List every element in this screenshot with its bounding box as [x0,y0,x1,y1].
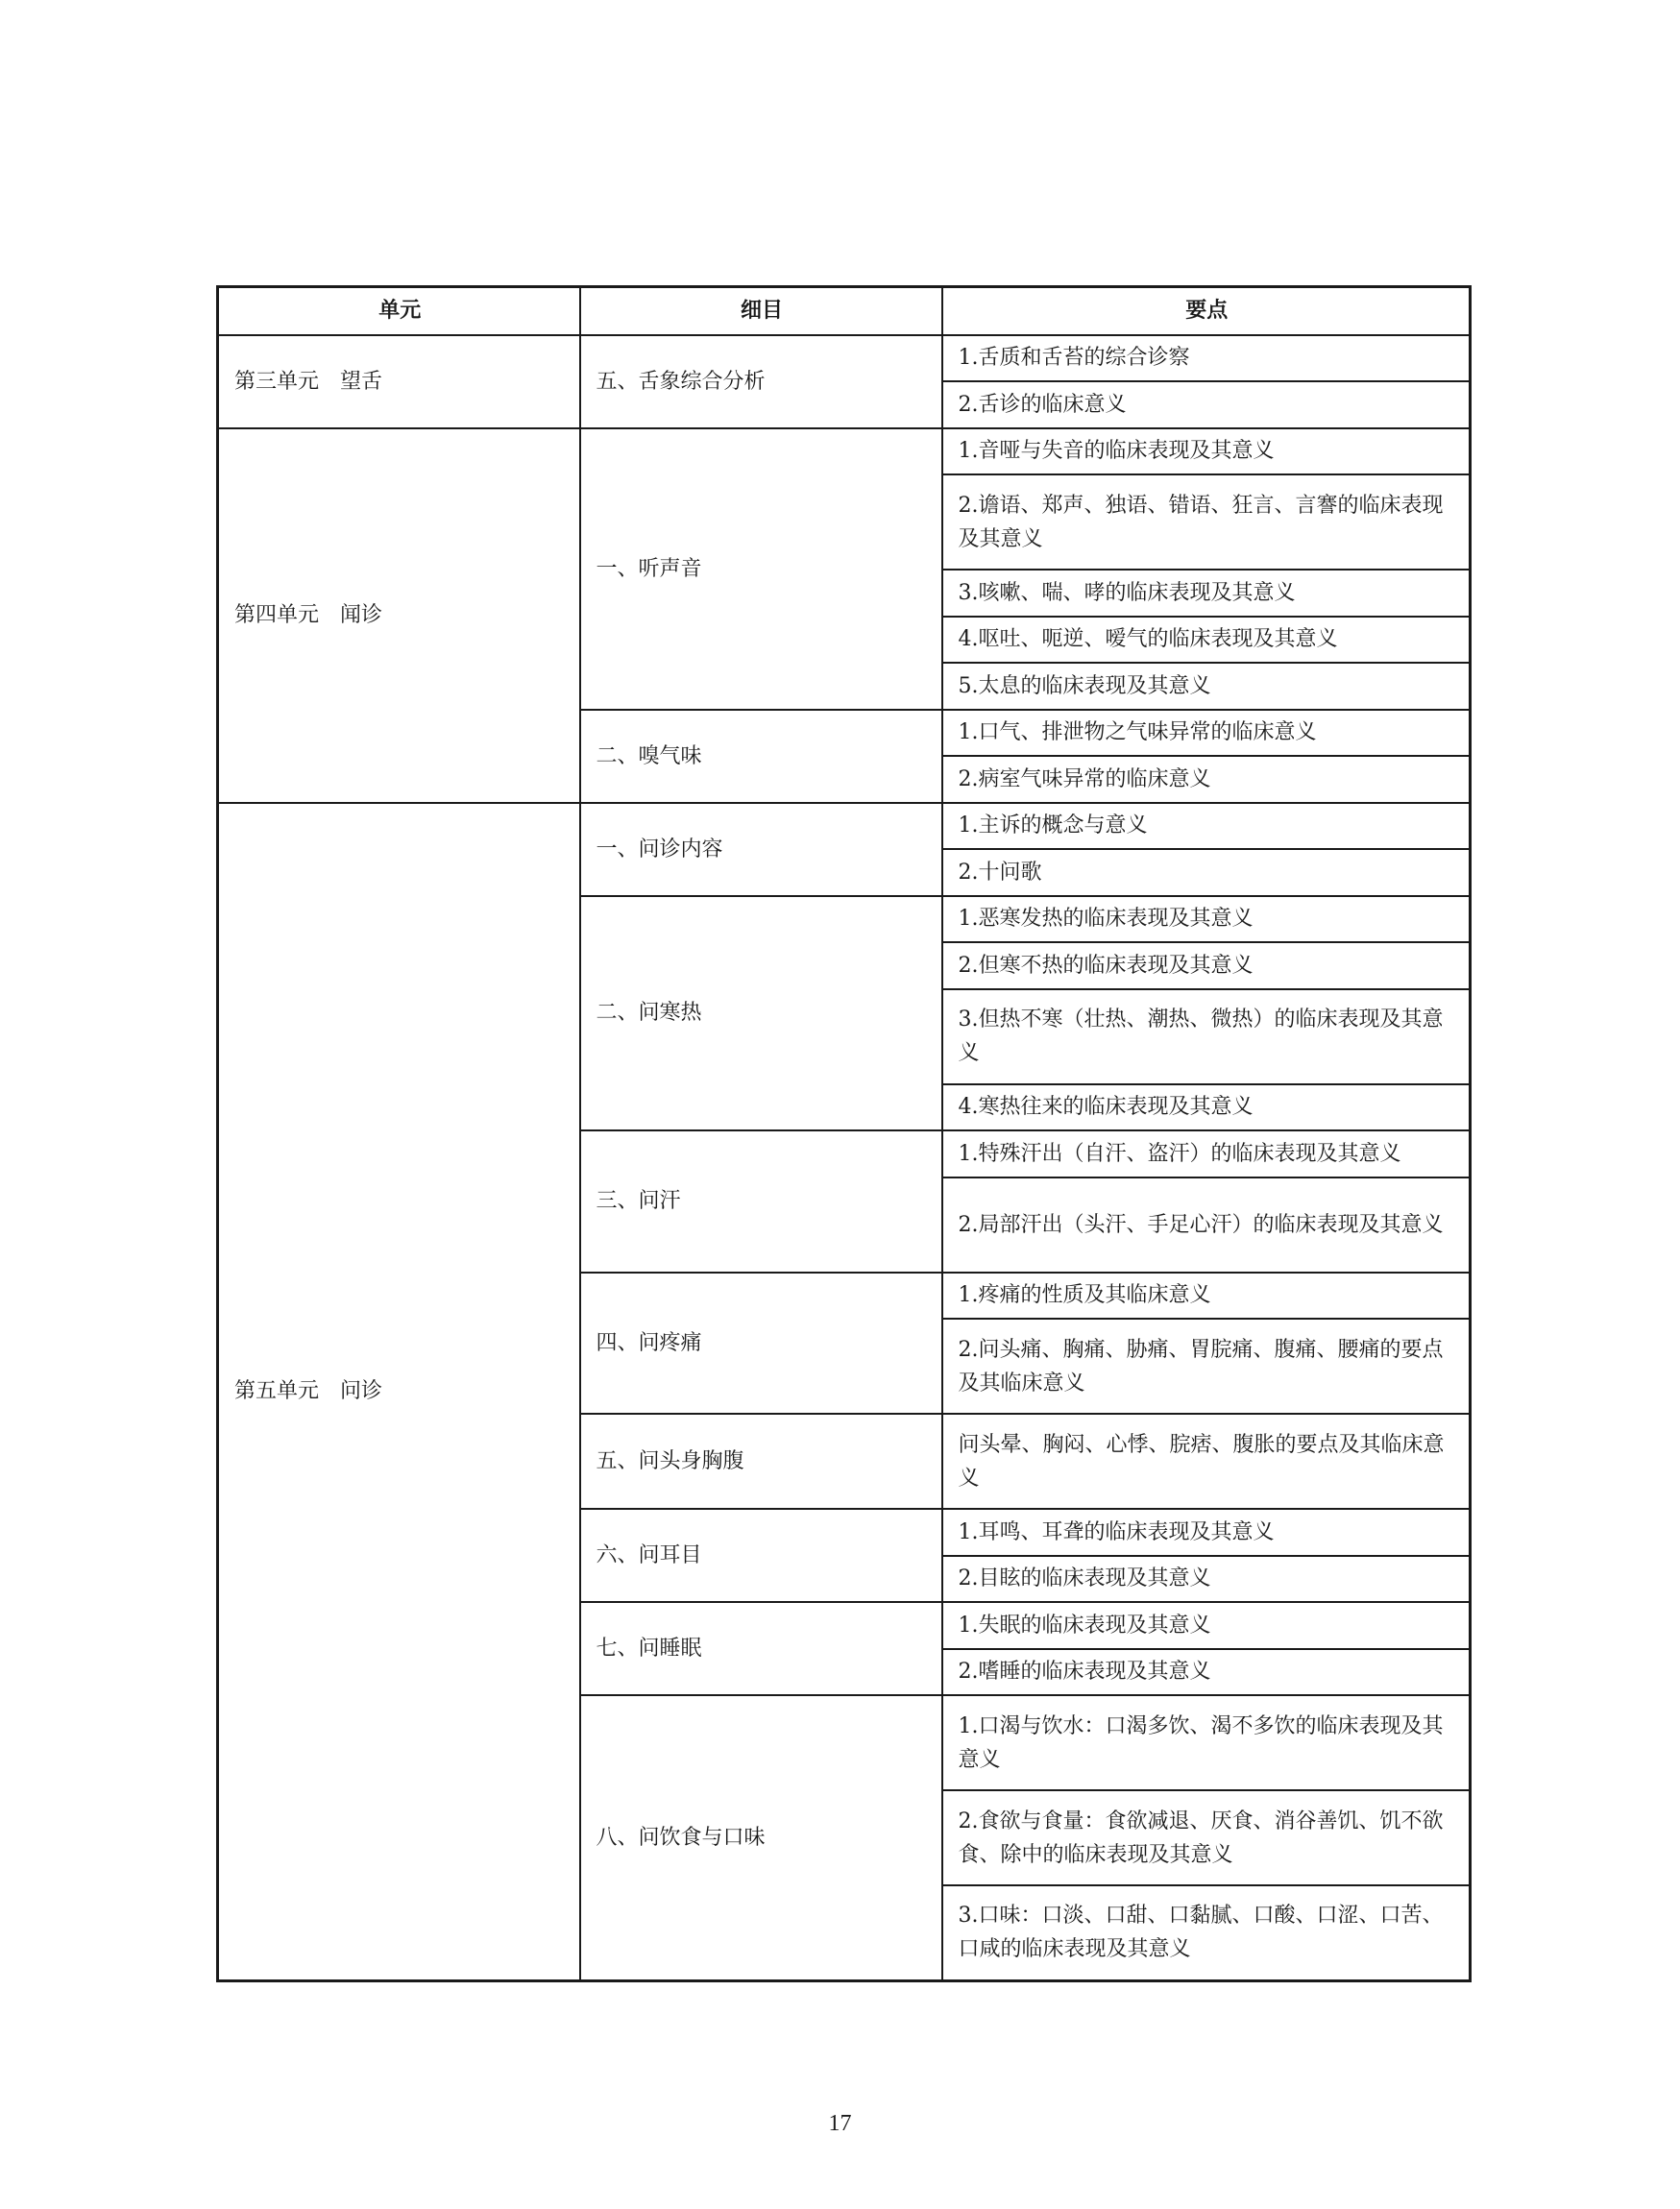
item-cell: 一、问诊内容 [580,803,942,896]
item-cell: 一、听声音 [580,428,942,710]
item-cell: 四、问疼痛 [580,1273,942,1415]
item-cell: 八、问饮食与口味 [580,1695,942,1980]
point-cell: 2.嗜睡的临床表现及其意义 [942,1649,1471,1696]
unit-cell: 第五单元 问诊 [218,803,580,1981]
point-cell: 1.恶寒发热的临床表现及其意义 [942,896,1471,943]
point-cell: 1.音哑与失音的临床表现及其意义 [942,428,1471,475]
point-cell: 2.目眩的临床表现及其意义 [942,1556,1471,1603]
point-cell: 3.口味：口淡、口甜、口黏腻、口酸、口涩、口苦、口咸的临床表现及其意义 [942,1885,1471,1980]
unit-cell: 第三单元 望舌 [218,335,580,428]
point-cell: 2.问头痛、胸痛、胁痛、胃脘痛、腹痛、腰痛的要点及其临床意义 [942,1319,1471,1414]
point-cell: 3.但热不寒（壮热、潮热、微热）的临床表现及其意义 [942,989,1471,1084]
point-cell: 1.疼痛的性质及其临床意义 [942,1273,1471,1320]
table-row: 第三单元 望舌 五、舌象综合分析 1.舌质和舌苔的综合诊察 [218,335,1471,382]
item-cell: 六、问耳目 [580,1509,942,1602]
point-cell: 2.局部汗出（头汗、手足心汗）的临床表现及其意义 [942,1177,1471,1273]
point-cell: 2.谵语、郑声、独语、错语、狂言、言謇的临床表现及其意义 [942,474,1471,570]
point-cell: 2.舌诊的临床意义 [942,381,1471,428]
page-number: 17 [0,2111,1680,2137]
header-item: 细目 [580,287,942,335]
unit-cell: 第四单元 闻诊 [218,428,580,803]
table-row: 第四单元 闻诊 一、听声音 1.音哑与失音的临床表现及其意义 [218,428,1471,475]
point-cell: 2.但寒不热的临床表现及其意义 [942,942,1471,989]
item-cell: 二、嗅气味 [580,710,942,803]
item-cell: 七、问睡眠 [580,1602,942,1695]
point-cell: 1.口气、排泄物之气味异常的临床意义 [942,710,1471,757]
point-cell: 2.食欲与食量：食欲减退、厌食、消谷善饥、饥不欲食、除中的临床表现及其意义 [942,1790,1471,1885]
table-header-row: 单元 细目 要点 [218,287,1471,335]
header-unit: 单元 [218,287,580,335]
point-cell: 2.十问歌 [942,849,1471,896]
point-cell: 4.寒热往来的临床表现及其意义 [942,1084,1471,1131]
item-cell: 三、问汗 [580,1130,942,1273]
point-cell: 4.呕吐、呃逆、嗳气的临床表现及其意义 [942,617,1471,664]
point-cell: 2.病室气味异常的临床意义 [942,756,1471,803]
table-row: 第五单元 问诊 一、问诊内容 1.主诉的概念与意义 [218,803,1471,850]
header-points: 要点 [942,287,1471,335]
point-cell: 1.失眠的临床表现及其意义 [942,1602,1471,1649]
point-cell: 3.咳嗽、喘、哮的临床表现及其意义 [942,570,1471,617]
point-cell: 1.口渴与饮水：口渴多饮、渴不多饮的临床表现及其意义 [942,1695,1471,1790]
point-cell: 1.特殊汗出（自汗、盗汗）的临床表现及其意义 [942,1130,1471,1177]
point-cell: 1.舌质和舌苔的综合诊察 [942,335,1471,382]
item-cell: 二、问寒热 [580,896,942,1131]
point-cell: 问头晕、胸闷、心悸、脘痞、腹胀的要点及其临床意义 [942,1414,1471,1509]
point-cell: 5.太息的临床表现及其意义 [942,663,1471,710]
point-cell: 1.主诉的概念与意义 [942,803,1471,850]
item-cell: 五、问头身胸腹 [580,1414,942,1509]
syllabus-table: 单元 细目 要点 第三单元 望舌 五、舌象综合分析 1.舌质和舌苔的综合诊察 2… [216,285,1472,1982]
point-cell: 1.耳鸣、耳聋的临床表现及其意义 [942,1509,1471,1556]
item-cell: 五、舌象综合分析 [580,335,942,428]
